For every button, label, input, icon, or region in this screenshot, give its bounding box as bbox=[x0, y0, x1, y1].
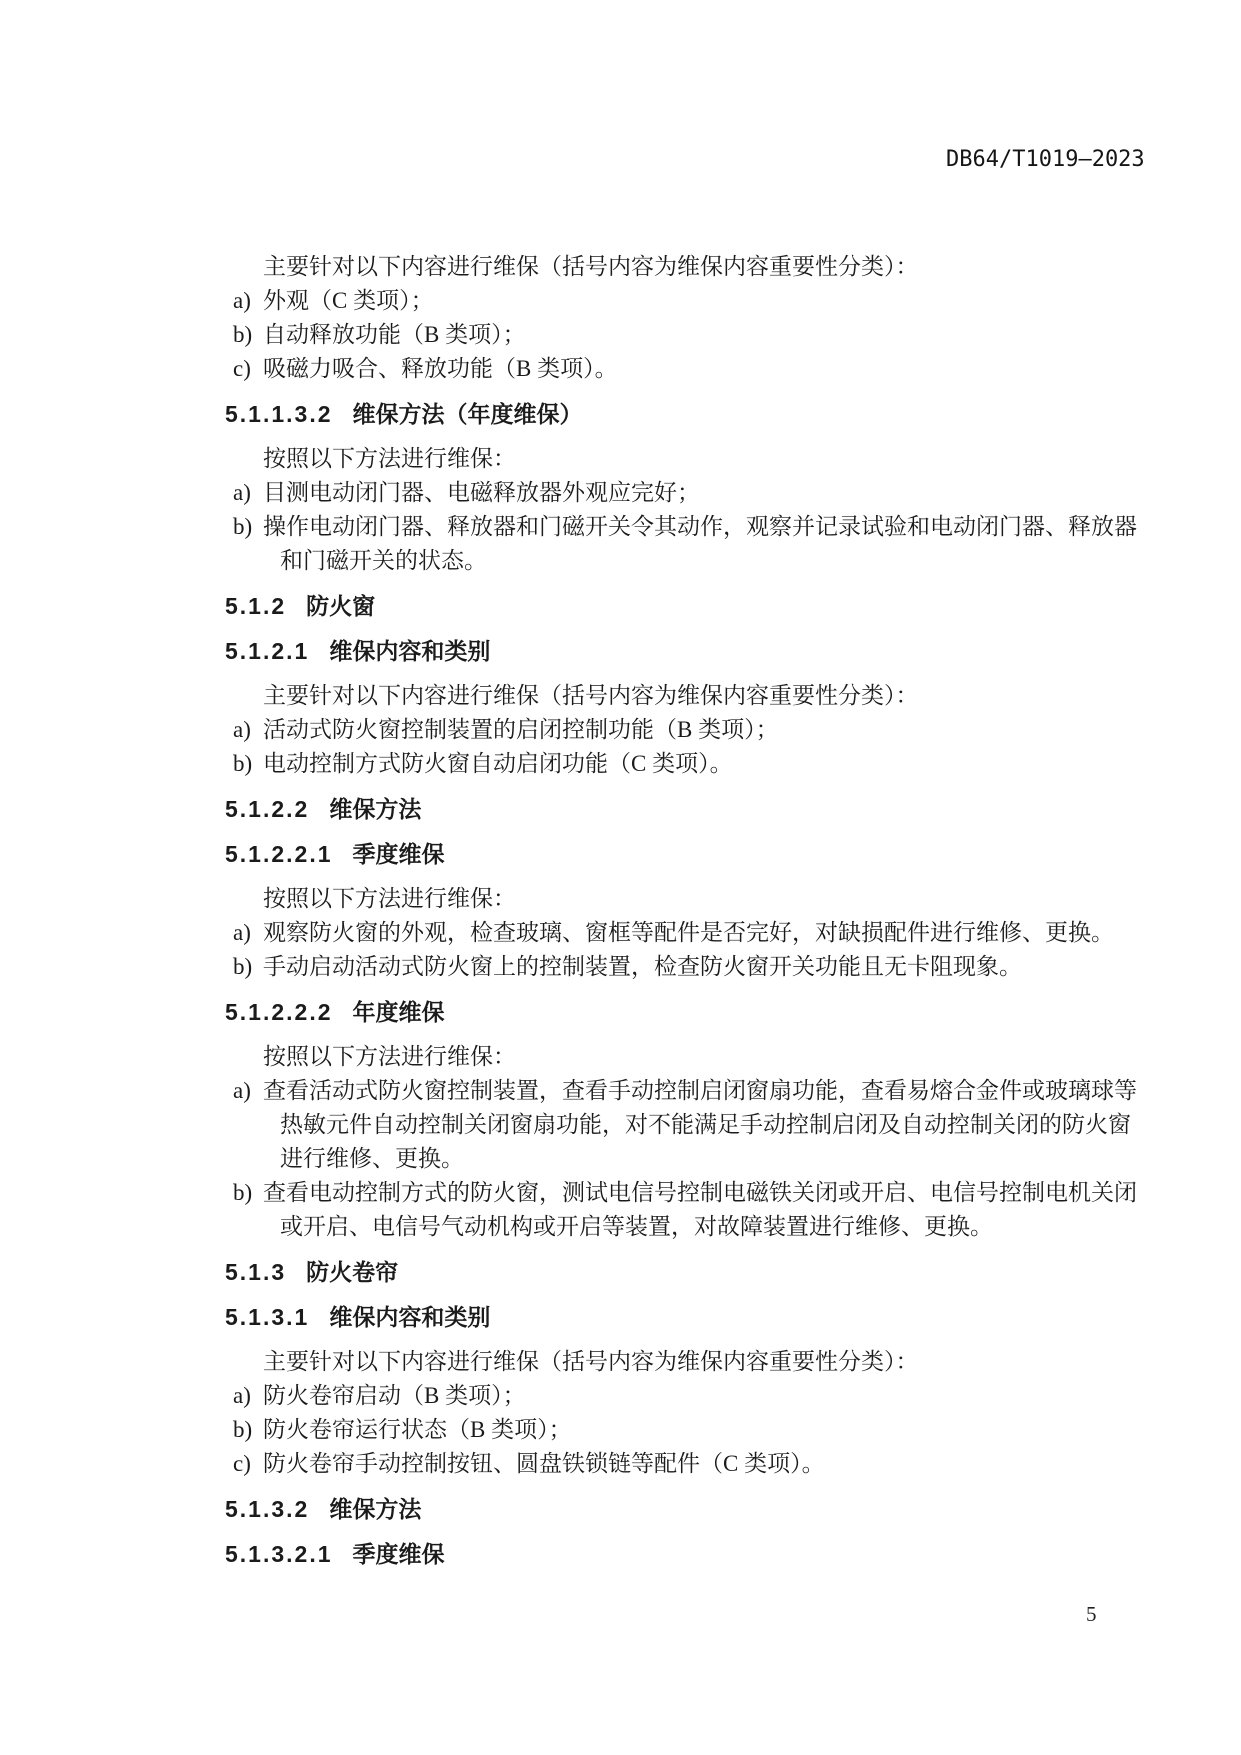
section-number: 5.1.3.2 bbox=[225, 1496, 309, 1522]
list-item: c) 吸磁力吸合、释放功能（B 类项）。 bbox=[225, 352, 1137, 386]
list-item: b) 电动控制方式防火窗自动启闭功能（C 类项）。 bbox=[225, 747, 1137, 781]
list-item-label: a) bbox=[233, 916, 251, 950]
section-title: 维保方法 bbox=[329, 1496, 421, 1522]
section-number: 5.1.2.1 bbox=[225, 638, 309, 664]
section-title: 年度维保 bbox=[353, 999, 445, 1025]
list-item-text: 防火卷帘启动（B 类项）； bbox=[263, 1383, 526, 1408]
section-heading: 5.1.3防火卷帘 bbox=[225, 1255, 1137, 1289]
list-item: a) 活动式防火窗控制装置的启闭控制功能（B 类项）； bbox=[225, 713, 1137, 747]
list-item-label: b) bbox=[233, 950, 252, 984]
list-item-text: 手动启动活动式防火窗上的控制装置，检查防火窗开关功能且无卡阻现象。 bbox=[263, 954, 1022, 979]
list-item: a) 观察防火窗的外观，检查玻璃、窗框等配件是否完好，对缺损配件进行维修、更换。 bbox=[225, 916, 1137, 950]
list-item-label: c) bbox=[233, 1447, 251, 1481]
list-item: a) 外观（C 类项）； bbox=[225, 284, 1137, 318]
section-number: 5.1.3.2.1 bbox=[225, 1541, 333, 1567]
section-heading: 5.1.2.1维保内容和类别 bbox=[225, 634, 1137, 668]
section-title: 维保内容和类别 bbox=[329, 638, 490, 664]
section-heading: 5.1.2.2维保方法 bbox=[225, 792, 1137, 826]
section-number: 5.1.3 bbox=[225, 1259, 286, 1285]
section-heading: 5.1.3.2.1季度维保 bbox=[225, 1537, 1137, 1571]
document-body: 主要针对以下内容进行维保（括号内容为维保内容重要性分类）： a) 外观（C 类项… bbox=[225, 250, 1137, 1582]
list-item-label: a) bbox=[233, 476, 251, 510]
section-title: 季度维保 bbox=[353, 1541, 445, 1567]
paragraph: 主要针对以下内容进行维保（括号内容为维保内容重要性分类）： bbox=[225, 1345, 1137, 1379]
list-item-label: b) bbox=[233, 318, 252, 352]
list-item-text: 观察防火窗的外观，检查玻璃、窗框等配件是否完好，对缺损配件进行维修、更换。 bbox=[263, 920, 1114, 945]
paragraph: 按照以下方法进行维保： bbox=[225, 882, 1137, 916]
list-item: a) 目测电动闭门器、电磁释放器外观应完好； bbox=[225, 476, 1137, 510]
paragraph: 按照以下方法进行维保： bbox=[225, 442, 1137, 476]
section-heading: 5.1.2.2.2年度维保 bbox=[225, 995, 1137, 1029]
section-title: 维保方法（年度维保） bbox=[353, 401, 583, 427]
list-item-label: a) bbox=[233, 1379, 251, 1413]
list-item-text: 外观（C 类项）； bbox=[263, 288, 434, 313]
section-title: 防火卷帘 bbox=[306, 1259, 398, 1285]
list-item: b) 操作电动闭门器、释放器和门磁开关令其动作，观察并记录试验和电动闭门器、释放… bbox=[225, 510, 1137, 578]
list-item: b) 防火卷帘运行状态（B 类项）； bbox=[225, 1413, 1137, 1447]
section-number: 5.1.2.2 bbox=[225, 796, 309, 822]
section-title: 防火窗 bbox=[306, 593, 375, 619]
list-item-label: b) bbox=[233, 747, 252, 781]
list-item: c) 防火卷帘手动控制按钮、圆盘铁锁链等配件（C 类项）。 bbox=[225, 1447, 1137, 1481]
list-item: a) 查看活动式防火窗控制装置，查看手动控制启闭窗扇功能，查看易熔合金件或玻璃球… bbox=[225, 1074, 1137, 1176]
list-item: b) 自动释放功能（B 类项）； bbox=[225, 318, 1137, 352]
document-page: { "page": { "doc_code": "DB64/T1019—2023… bbox=[0, 0, 1241, 1755]
section-number: 5.1.2.2.1 bbox=[225, 841, 333, 867]
list-item-text: 电动控制方式防火窗自动启闭功能（C 类项）。 bbox=[263, 751, 733, 776]
section-number: 5.1.2.2.2 bbox=[225, 999, 333, 1025]
section-number: 5.1.3.1 bbox=[225, 1304, 309, 1330]
section-title: 季度维保 bbox=[353, 841, 445, 867]
section-heading: 5.1.3.2维保方法 bbox=[225, 1492, 1137, 1526]
list-item-text: 防火卷帘运行状态（B 类项）； bbox=[263, 1417, 572, 1442]
paragraph: 主要针对以下内容进行维保（括号内容为维保内容重要性分类）： bbox=[225, 250, 1137, 284]
section-heading: 5.1.1.3.2维保方法（年度维保） bbox=[225, 397, 1137, 431]
list-item-label: b) bbox=[233, 1413, 252, 1447]
paragraph: 按照以下方法进行维保： bbox=[225, 1040, 1137, 1074]
list-item-text: 活动式防火窗控制装置的启闭控制功能（B 类项）； bbox=[263, 717, 779, 742]
section-title: 维保方法 bbox=[329, 796, 421, 822]
list-item-label: a) bbox=[233, 1074, 251, 1108]
list-item-text: 查看电动控制方式的防火窗，测试电信号控制电磁铁关闭或开启、电信号控制电机关闭或开… bbox=[263, 1180, 1137, 1239]
list-item: b) 查看电动控制方式的防火窗，测试电信号控制电磁铁关闭或开启、电信号控制电机关… bbox=[225, 1176, 1137, 1244]
list-item-label: a) bbox=[233, 284, 251, 318]
list-item-text: 吸磁力吸合、释放功能（B 类项）。 bbox=[263, 356, 618, 381]
list-item-label: c) bbox=[233, 352, 251, 386]
section-heading: 5.1.2防火窗 bbox=[225, 589, 1137, 623]
list-item: a) 防火卷帘启动（B 类项）； bbox=[225, 1379, 1137, 1413]
list-item-label: b) bbox=[233, 510, 252, 544]
document-code-header: DB64/T1019—2023 bbox=[946, 147, 1145, 172]
section-heading: 5.1.3.1维保内容和类别 bbox=[225, 1300, 1137, 1334]
list-item-label: a) bbox=[233, 713, 251, 747]
page-number: 5 bbox=[1086, 1602, 1097, 1627]
list-item-label: b) bbox=[233, 1176, 252, 1210]
paragraph: 主要针对以下内容进行维保（括号内容为维保内容重要性分类）： bbox=[225, 679, 1137, 713]
list-item-text: 目测电动闭门器、电磁释放器外观应完好； bbox=[263, 480, 700, 505]
section-number: 5.1.2 bbox=[225, 593, 286, 619]
list-item-text: 查看活动式防火窗控制装置，查看手动控制启闭窗扇功能，查看易熔合金件或玻璃球等热敏… bbox=[263, 1078, 1137, 1171]
section-title: 维保内容和类别 bbox=[329, 1304, 490, 1330]
list-item-text: 操作电动闭门器、释放器和门磁开关令其动作，观察并记录试验和电动闭门器、释放器和门… bbox=[263, 514, 1137, 573]
list-item-text: 自动释放功能（B 类项）； bbox=[263, 322, 526, 347]
section-heading: 5.1.2.2.1季度维保 bbox=[225, 837, 1137, 871]
list-item-text: 防火卷帘手动控制按钮、圆盘铁锁链等配件（C 类项）。 bbox=[263, 1451, 825, 1476]
list-item: b) 手动启动活动式防火窗上的控制装置，检查防火窗开关功能且无卡阻现象。 bbox=[225, 950, 1137, 984]
section-number: 5.1.1.3.2 bbox=[225, 401, 333, 427]
